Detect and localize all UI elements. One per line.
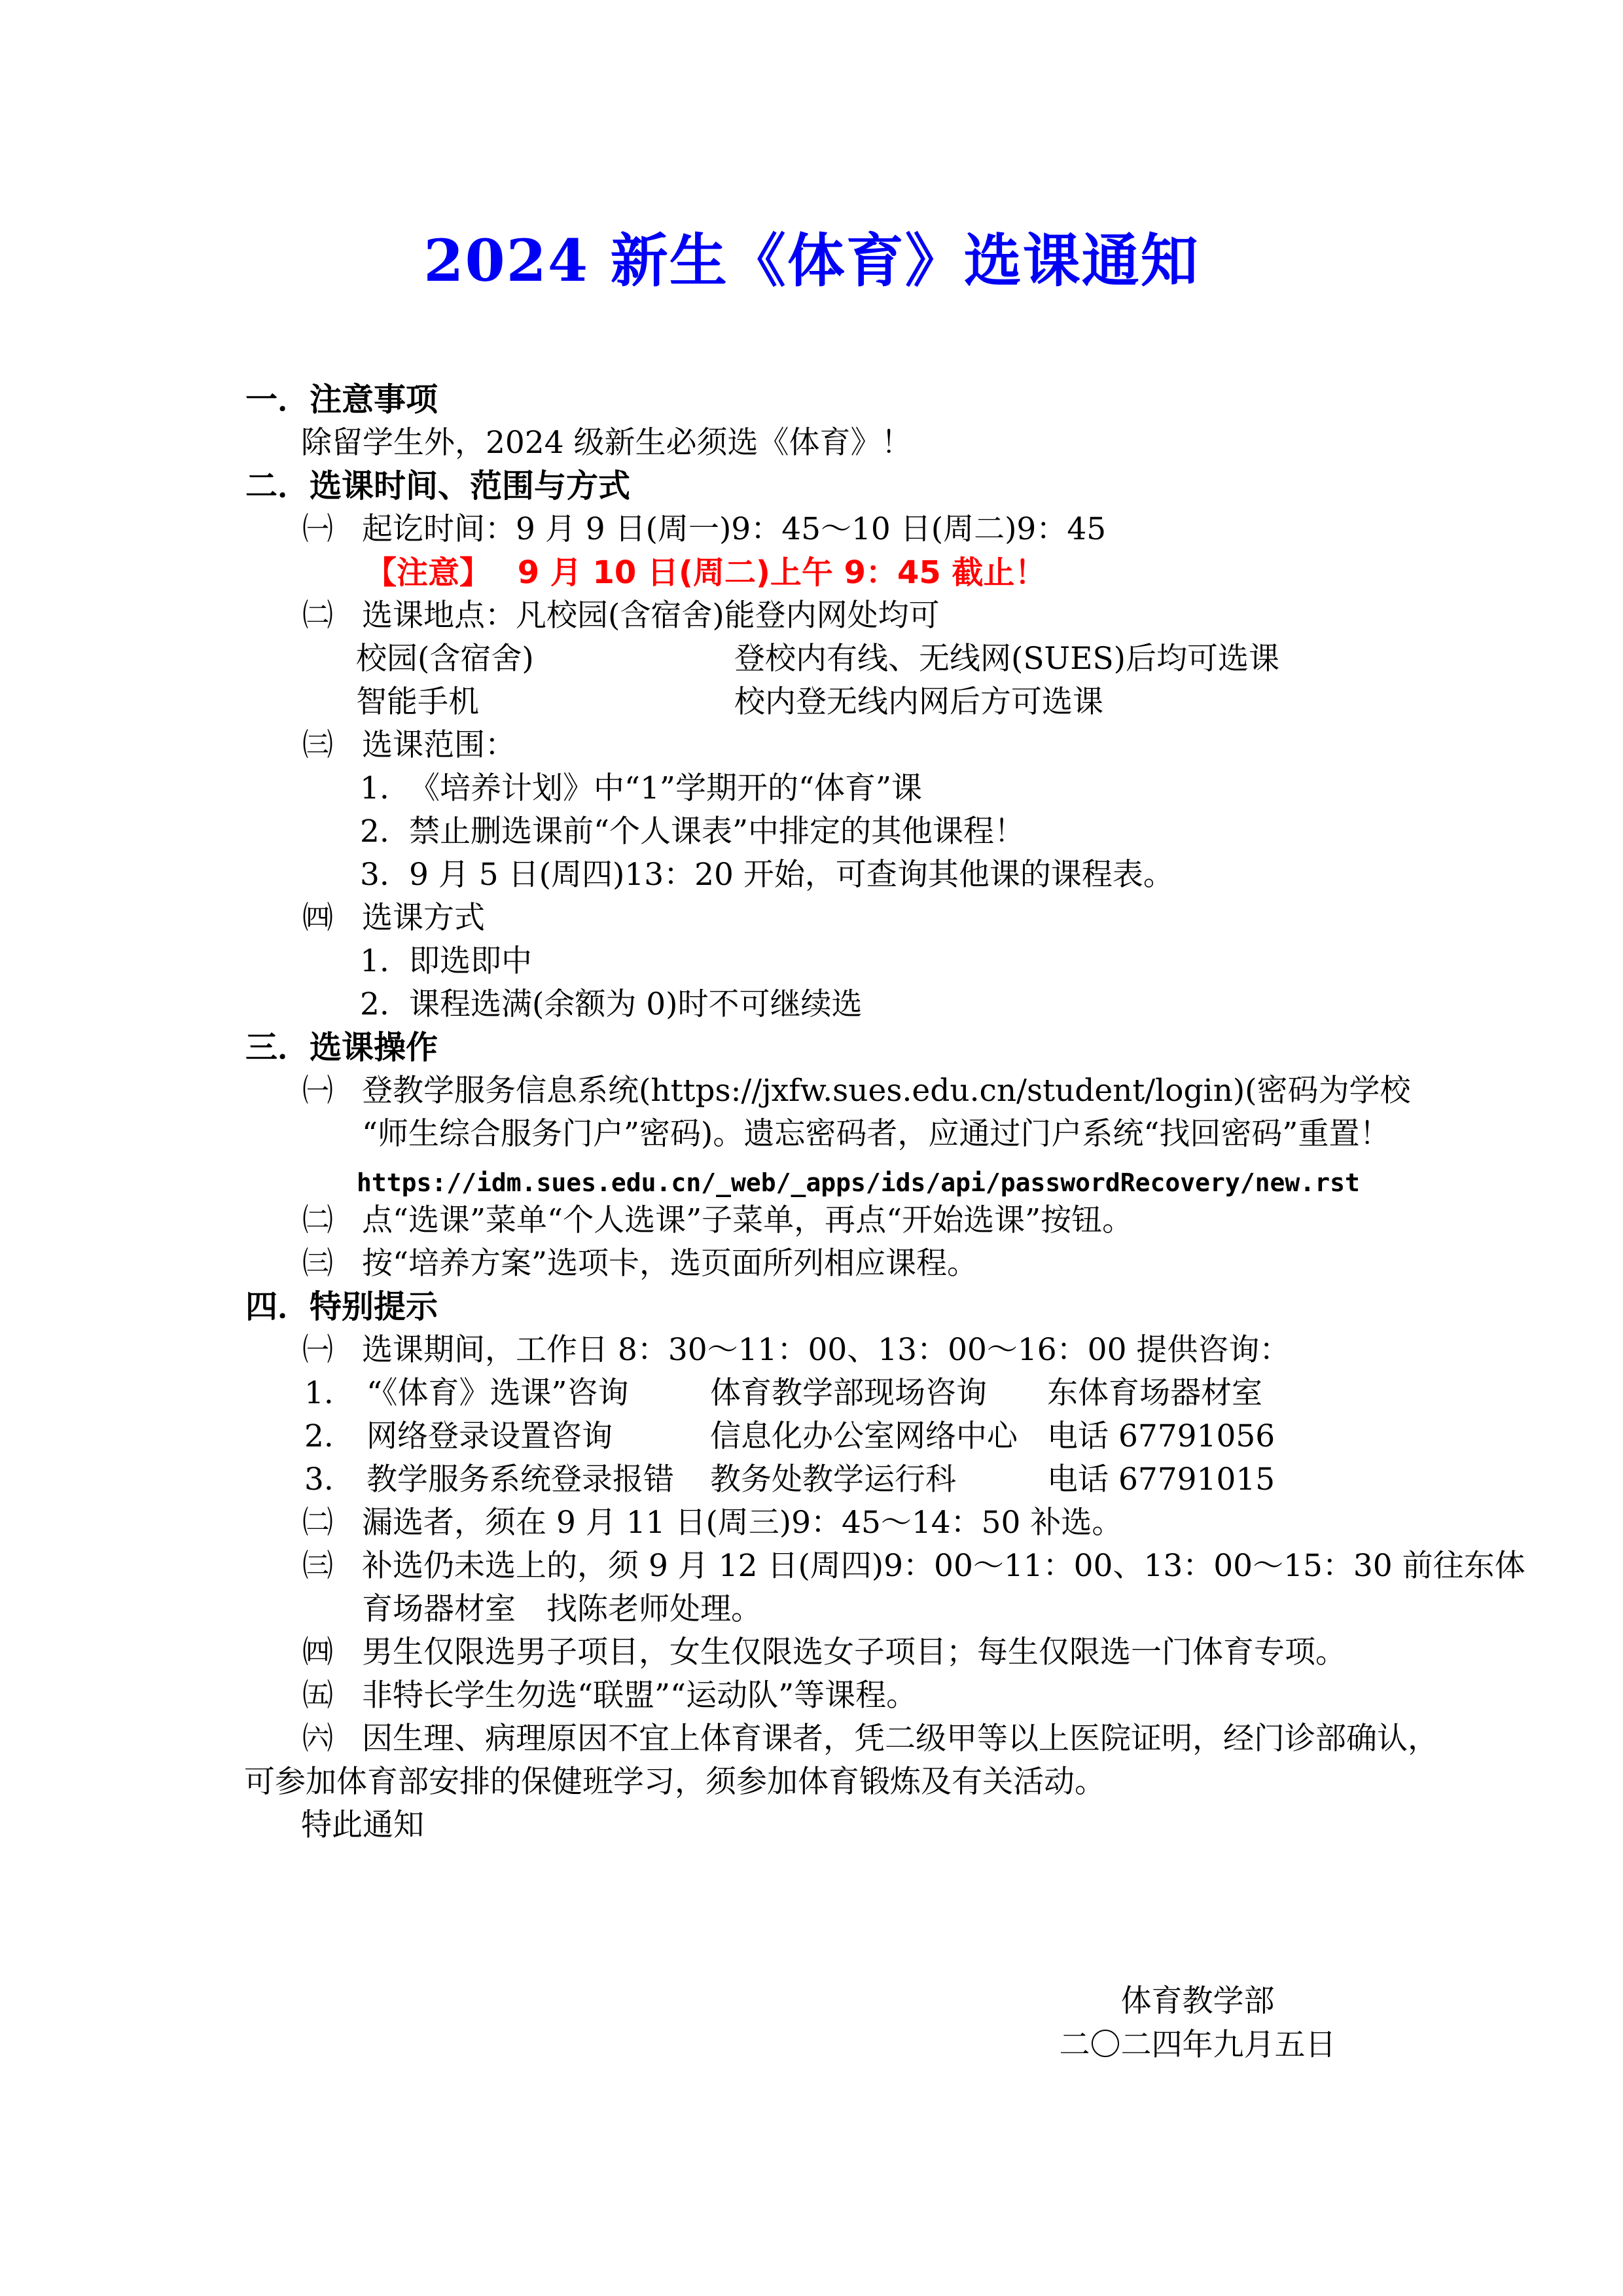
s3-item-1-continuation: “师生综合服务门户”密码)。遗忘密码者，应通过门户系统“找回密码”重置！ — [362, 1116, 1390, 1153]
s4-row3-contact: 电话 67791015 — [1047, 1462, 1275, 1498]
s4-item-4-text: 男生仅限选男子项目，女生仅限选女子项目；每生仅限选一门体育专项。 — [362, 1634, 1346, 1670]
s2-method-item-1: 1.即选即中 — [360, 943, 532, 980]
s2-item-1: ㈠起讫时间：9 月 9 日(周一)9：45～10 日(周二)9：45 — [302, 511, 1106, 548]
s4-item-1-text: 选课期间，工作日 8：30～11：00、13：00～16：00 提供咨询： — [362, 1332, 1290, 1368]
doc-title: 2024 新生《体育》选课通知 — [0, 228, 1623, 293]
s2-scope-item-1: 1.《培养计划》中“1”学期开的“体育”课 — [360, 770, 922, 807]
s4-item-3-text: 补选仍未选上的，须 9 月 12 日(周四)9：00～11：00、13：00～1… — [362, 1548, 1525, 1584]
s3-item-2-text: 点“选课”菜单“个人选课”子菜单，再点“开始选课”按钮。 — [362, 1202, 1133, 1238]
signature-date: 二〇二四年九月五日 — [1001, 2027, 1394, 2064]
s3-item-2: ㈡点“选课”菜单“个人选课”子菜单，再点“开始选课”按钮。 — [302, 1202, 1133, 1239]
signature-department: 体育教学部 — [1001, 1983, 1394, 2020]
s4-row1-office: 体育教学部现场咨询 — [710, 1375, 1047, 1412]
s2-row1-col2: 登校内有线、无线网(SUES)后均可选课 — [734, 641, 1279, 677]
s4-row3-number: 3. — [304, 1462, 366, 1498]
section-4-heading: 四．特别提示 — [245, 1289, 438, 1325]
notice-document-page: 2024 新生《体育》选课通知 一．注意事项 除留学生外，2024 级新生必须选… — [0, 0, 1623, 2296]
s4-item-2-text: 漏选者，须在 9 月 11 日(周三)9：45～14：50 补选。 — [362, 1505, 1122, 1541]
s4-row3-topic: 教学服务系统登录报错 — [366, 1462, 710, 1498]
s2-scope-item-2-number: 2. — [360, 814, 409, 850]
s4-item-6-continuation: 可参加体育部安排的保健班学习，须参加体育锻炼及有关活动。 — [244, 1764, 1105, 1801]
s4-row3-office: 教务处教学运行科 — [710, 1462, 1047, 1498]
s2-item-3: ㈢选课范围： — [302, 727, 516, 764]
s2-scope-item-2-text: 禁止删选课前“个人课表”中排定的其他课程！ — [409, 814, 1025, 850]
s2-item-4-text: 选课方式 — [362, 900, 485, 936]
s4-item-6-marker: ㈥ — [302, 1721, 362, 1757]
s2-item-1-marker: ㈠ — [302, 511, 362, 548]
s2-item-3-text: 选课范围： — [362, 727, 516, 763]
s4-row1-topic: “《体育》选课”咨询 — [366, 1375, 710, 1412]
s4-row2-contact: 电话 67791056 — [1047, 1418, 1275, 1454]
s2-method-item-1-text: 即选即中 — [409, 943, 532, 979]
s3-item-1: ㈠登教学服务信息系统(https://jxfw.sues.edu.cn/stud… — [302, 1073, 1411, 1109]
s2-location-row-campus: 校园(含宿舍)登校内有线、无线网(SUES)后均可选课 — [356, 641, 1279, 677]
deadline-notice: 【注意】 9 月 10 日(周二)上午 9：45 截止！ — [365, 554, 1046, 591]
s4-item-1: ㈠选课期间，工作日 8：30～11：00、13：00～16：00 提供咨询： — [302, 1332, 1290, 1369]
s2-method-item-2-text: 课程选满(余额为 0)时不可继续选 — [409, 986, 863, 1022]
s3-item-2-marker: ㈡ — [302, 1202, 362, 1239]
s4-row2-topic: 网络登录设置咨询 — [366, 1418, 710, 1455]
s2-method-item-1-number: 1. — [360, 943, 409, 980]
closing-statement: 特此通知 — [301, 1807, 424, 1844]
s2-scope-item-2: 2.禁止删选课前“个人课表”中排定的其他课程！ — [360, 814, 1025, 850]
s2-row1-col1: 校园(含宿舍) — [356, 641, 734, 677]
s4-item-5: ㈤非特长学生勿选“联盟”“运动队”等课程。 — [302, 1677, 917, 1714]
s4-item-4: ㈣男生仅限选男子项目，女生仅限选女子项目；每生仅限选一门体育专项。 — [302, 1634, 1346, 1671]
s2-method-item-2-number: 2. — [360, 986, 409, 1023]
s4-row1-contact: 东体育场器材室 — [1047, 1375, 1262, 1411]
s3-item-3: ㈢按“培养方案”选项卡，选页面所列相应课程。 — [302, 1246, 978, 1282]
s2-scope-item-3: 3.9 月 5 日(周四)13：20 开始，可查询其他课的课程表。 — [360, 857, 1174, 893]
password-recovery-url: https://idm.sues.edu.cn/_web/_apps/ids/a… — [357, 1164, 1360, 1201]
s2-scope-item-3-text: 9 月 5 日(周四)13：20 开始，可查询其他课的课程表。 — [409, 857, 1174, 893]
s3-item-3-marker: ㈢ — [302, 1246, 362, 1282]
s2-item-4: ㈣选课方式 — [302, 900, 485, 937]
s3-item-3-text: 按“培养方案”选项卡，选页面所列相应课程。 — [362, 1246, 978, 1282]
s4-item-3-marker: ㈢ — [302, 1548, 362, 1585]
s2-scope-item-1-text: 《培养计划》中“1”学期开的“体育”课 — [409, 770, 922, 806]
section-1-heading: 一．注意事项 — [245, 382, 438, 418]
section-1-paragraph: 除留学生外，2024 级新生必须选《体育》！ — [301, 425, 912, 461]
s4-item-6-text: 因生理、病理原因不宜上体育课者，凭二级甲等以上医院证明，经门诊部确认， — [362, 1721, 1438, 1757]
s2-item-2-text: 选课地点：凡校园(含宿舍)能登内网处均可 — [362, 598, 940, 634]
s4-item-5-text: 非特长学生勿选“联盟”“运动队”等课程。 — [362, 1677, 917, 1713]
s4-item-4-marker: ㈣ — [302, 1634, 362, 1671]
s4-item-6: ㈥因生理、病理原因不宜上体育课者，凭二级甲等以上医院证明，经门诊部确认， — [302, 1721, 1438, 1757]
s2-row2-col1: 智能手机 — [356, 684, 734, 721]
s4-item-2-marker: ㈡ — [302, 1505, 362, 1541]
section-3-heading: 三．选课操作 — [245, 1030, 438, 1066]
s4-item-3-continuation: 育场器材室 找陈老师处理。 — [362, 1591, 762, 1628]
s4-item-2: ㈡漏选者，须在 9 月 11 日(周三)9：45～14：50 补选。 — [302, 1505, 1122, 1541]
s2-scope-item-3-number: 3. — [360, 857, 409, 893]
s4-item-3: ㈢补选仍未选上的，须 9 月 12 日(周四)9：00～11：00、13：00～… — [302, 1548, 1525, 1585]
s3-item-1-marker: ㈠ — [302, 1073, 362, 1109]
s4-item-1-marker: ㈠ — [302, 1332, 362, 1369]
s2-item-2: ㈡选课地点：凡校园(含宿舍)能登内网处均可 — [302, 598, 940, 634]
section-2-heading: 二．选课时间、范围与方式 — [245, 468, 630, 505]
s4-consult-row-1: 1.“《体育》选课”咨询体育教学部现场咨询东体育场器材室 — [304, 1375, 1262, 1412]
s2-scope-item-1-number: 1. — [360, 770, 409, 807]
s2-item-2-marker: ㈡ — [302, 598, 362, 634]
s2-item-4-marker: ㈣ — [302, 900, 362, 937]
s2-item-3-marker: ㈢ — [302, 727, 362, 764]
s4-item-5-marker: ㈤ — [302, 1677, 362, 1714]
s2-method-item-2: 2.课程选满(余额为 0)时不可继续选 — [360, 986, 863, 1023]
s3-item-1-text: 登教学服务信息系统(https://jxfw.sues.edu.cn/stude… — [362, 1073, 1411, 1109]
s4-row2-number: 2. — [304, 1418, 366, 1455]
s2-row2-col2: 校内登无线内网后方可选课 — [734, 684, 1103, 720]
s2-location-row-phone: 智能手机校内登无线内网后方可选课 — [356, 684, 1103, 721]
s4-row1-number: 1. — [304, 1375, 366, 1412]
s4-consult-row-2: 2.网络登录设置咨询信息化办公室网络中心电话 67791056 — [304, 1418, 1275, 1455]
s2-item-1-text: 起讫时间：9 月 9 日(周一)9：45～10 日(周二)9：45 — [362, 511, 1106, 547]
s4-row2-office: 信息化办公室网络中心 — [710, 1418, 1047, 1455]
s4-consult-row-3: 3.教学服务系统登录报错教务处教学运行科电话 67791015 — [304, 1462, 1275, 1498]
